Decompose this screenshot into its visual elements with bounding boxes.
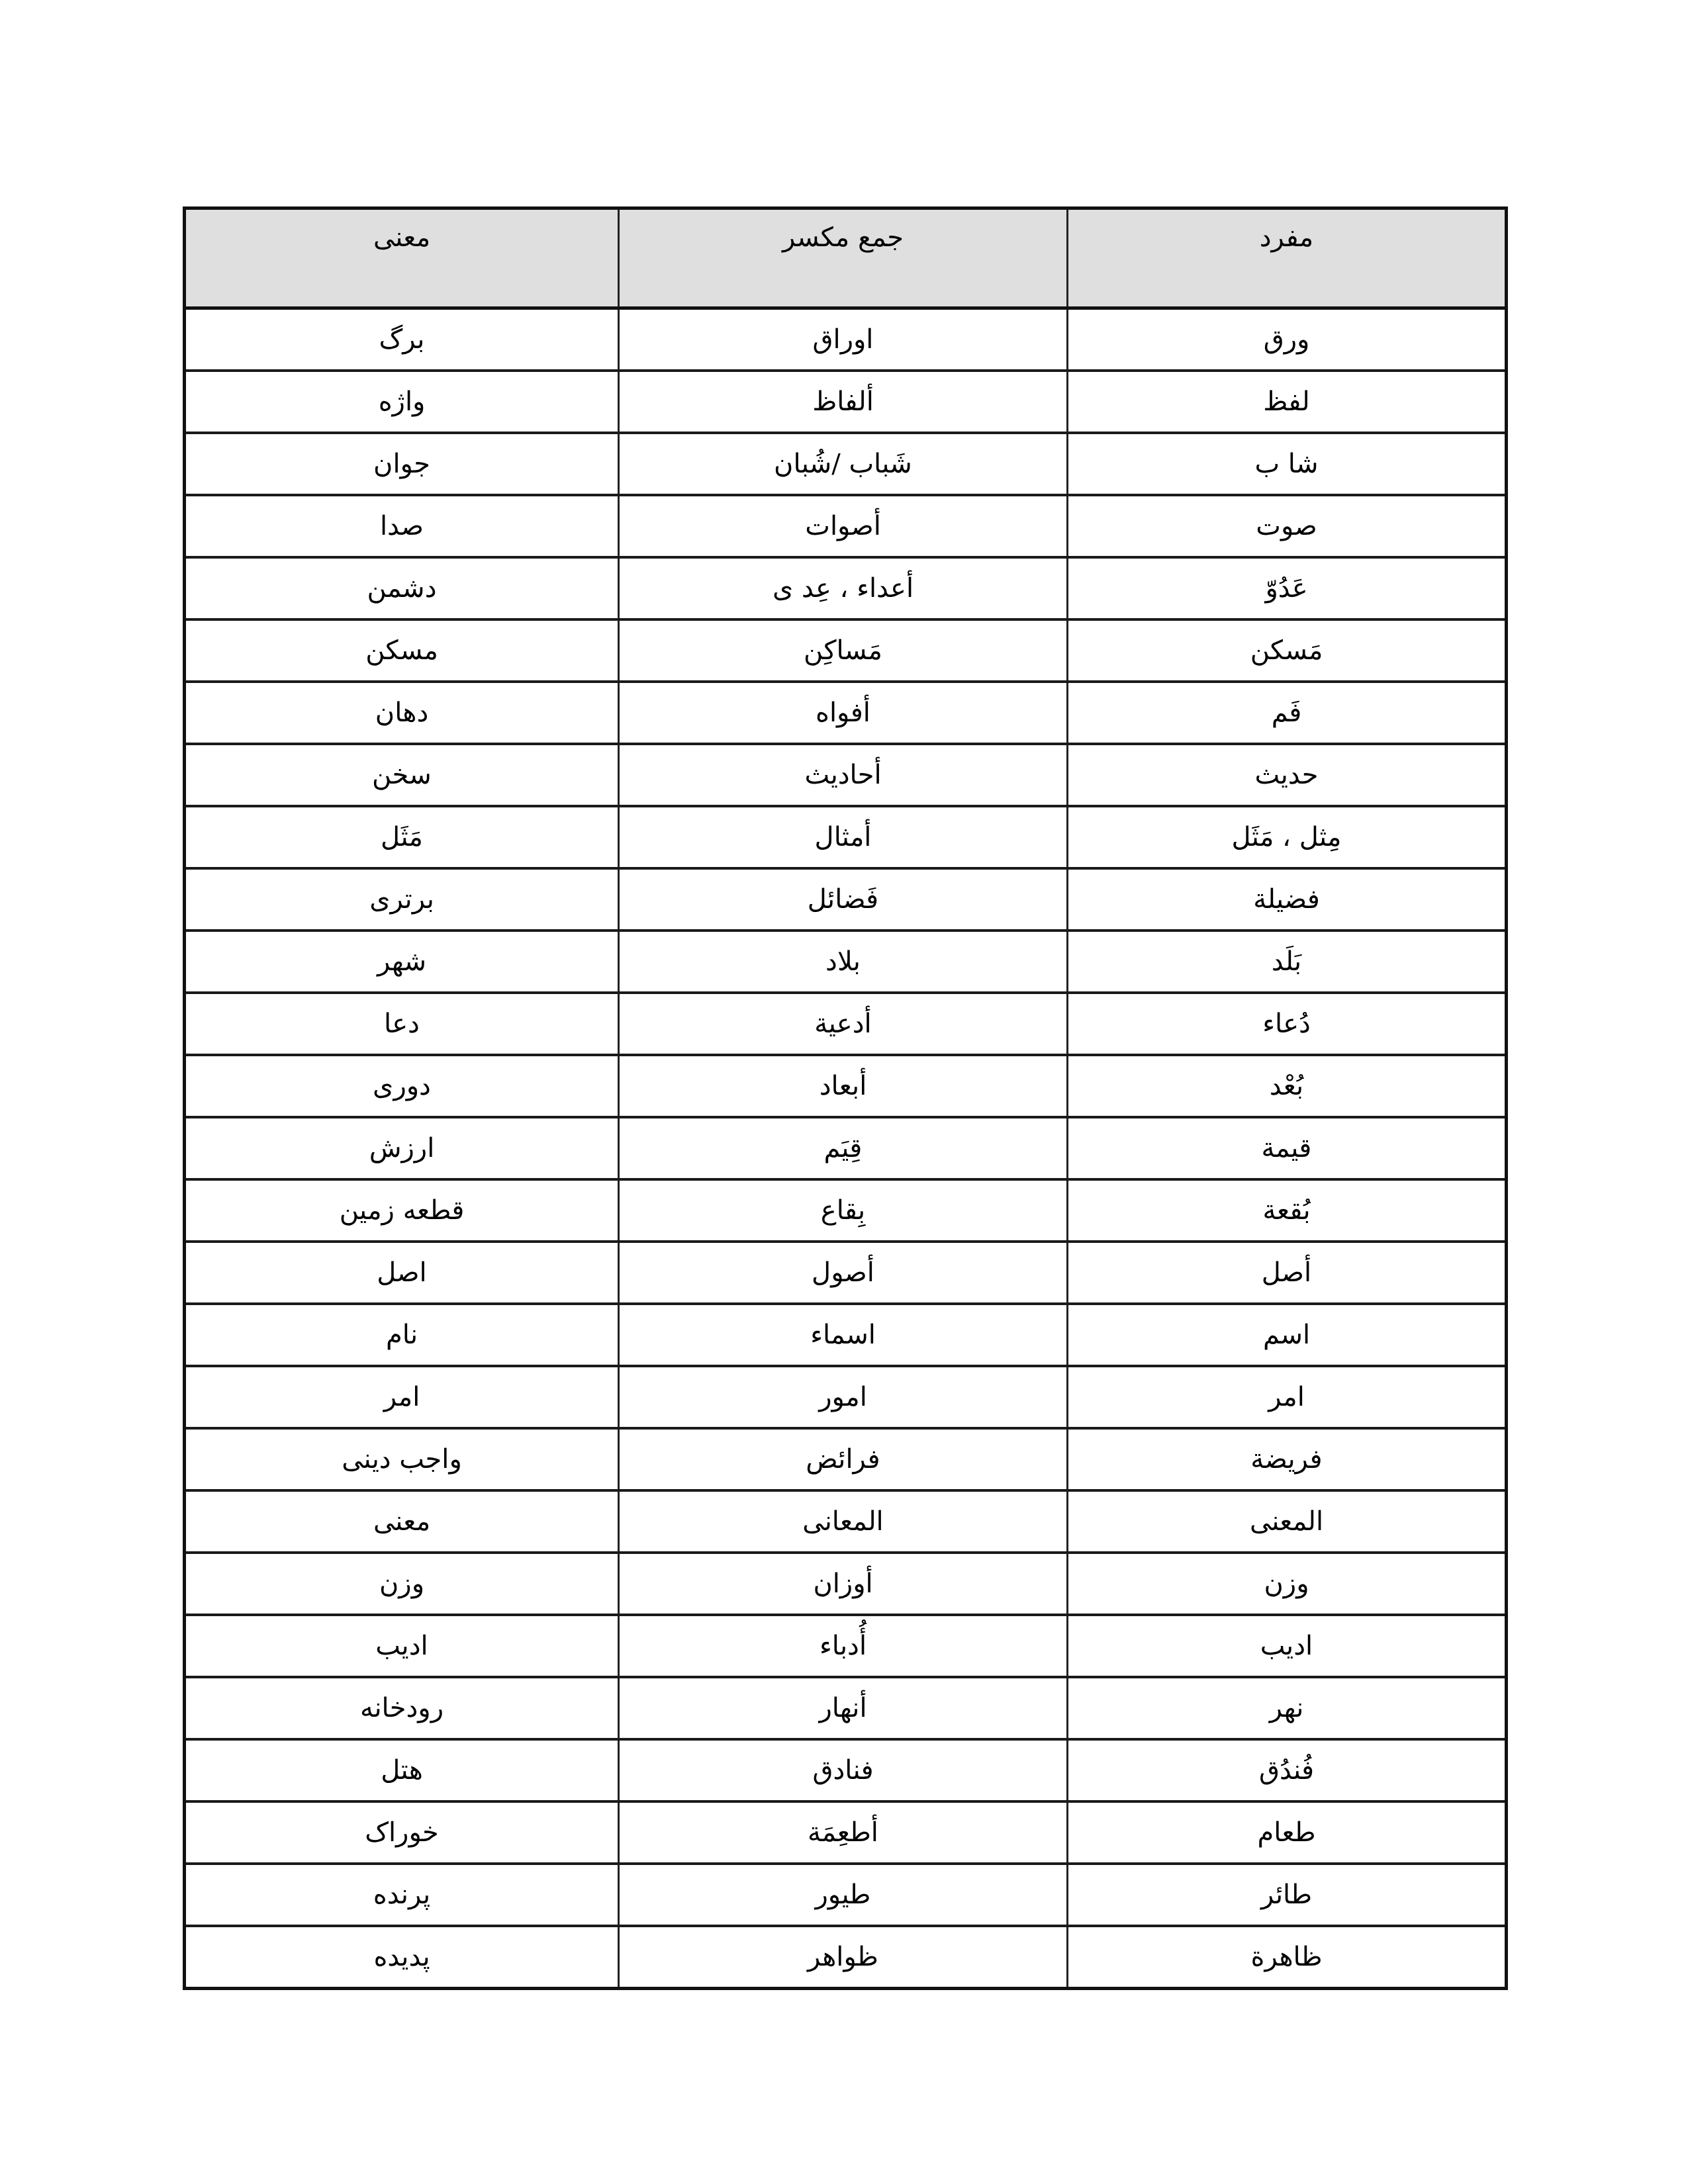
cell-singular: أصل	[1068, 1242, 1507, 1304]
cell-meaning: مَثَل	[185, 806, 619, 868]
cell-broken-plural: أفواه	[619, 682, 1068, 744]
cell-meaning: وزن	[185, 1553, 619, 1615]
cell-singular: بَلَد	[1068, 931, 1507, 993]
cell-singular: طعام	[1068, 1801, 1507, 1864]
cell-meaning: ادیب	[185, 1615, 619, 1677]
cell-broken-plural: ظواهر	[619, 1926, 1068, 1989]
header-row: مفرد جمع مکسر معنی	[185, 208, 1507, 308]
cell-meaning: رودخانه	[185, 1677, 619, 1739]
cell-singular: فَم	[1068, 682, 1507, 744]
cell-meaning: خوراک	[185, 1801, 619, 1864]
table-row: مِثل ، مَثَلأمثالمَثَل	[185, 806, 1507, 868]
cell-meaning: برگ	[185, 308, 619, 371]
cell-broken-plural: أعداء ، عِد ی	[619, 557, 1068, 619]
cell-meaning: برتری	[185, 868, 619, 931]
cell-meaning: جوان	[185, 433, 619, 495]
cell-broken-plural: فنادق	[619, 1739, 1068, 1801]
cell-broken-plural: أدعیة	[619, 993, 1068, 1055]
cell-singular: بُقعة	[1068, 1179, 1507, 1242]
cell-broken-plural: أصوات	[619, 495, 1068, 557]
table-row: طعامأطعِمَةخوراک	[185, 1801, 1507, 1864]
table-row: عَدُوّأعداء ، عِد یدشمن	[185, 557, 1507, 619]
cell-meaning: ارزش	[185, 1117, 619, 1179]
table-row: دُعاءأدعیةدعا	[185, 993, 1507, 1055]
vocabulary-table: مفرد جمع مکسر معنی ورقاوراقبرگلفظألفاظوا…	[183, 206, 1508, 1990]
cell-broken-plural: أوزان	[619, 1553, 1068, 1615]
cell-singular: ظاهرة	[1068, 1926, 1507, 1989]
table-row: اسماسماءنام	[185, 1304, 1507, 1366]
cell-meaning: دشمن	[185, 557, 619, 619]
table-row: امرامورامر	[185, 1366, 1507, 1428]
table-row: فضیلةفَضائلبرتری	[185, 868, 1507, 931]
cell-broken-plural: اسماء	[619, 1304, 1068, 1366]
cell-meaning: هتل	[185, 1739, 619, 1801]
table-row: ورقاوراقبرگ	[185, 308, 1507, 371]
table-row: ادیبأُدباءادیب	[185, 1615, 1507, 1677]
cell-broken-plural: بلاد	[619, 931, 1068, 993]
cell-meaning: مسکن	[185, 619, 619, 682]
cell-broken-plural: المعانی	[619, 1490, 1068, 1553]
cell-meaning: واژه	[185, 371, 619, 433]
table-row: بَلَدبلادشهر	[185, 931, 1507, 993]
table-row: أصلأصولاصل	[185, 1242, 1507, 1304]
cell-meaning: سخن	[185, 744, 619, 806]
table-row: ظاهرةظواهرپدیده	[185, 1926, 1507, 1989]
cell-singular: مِثل ، مَثَل	[1068, 806, 1507, 868]
cell-meaning: نام	[185, 1304, 619, 1366]
cell-meaning: صدا	[185, 495, 619, 557]
cell-singular: لفظ	[1068, 371, 1507, 433]
cell-meaning: دعا	[185, 993, 619, 1055]
cell-singular: فضیلة	[1068, 868, 1507, 931]
table-row: فُندُقفنادقهتل	[185, 1739, 1507, 1801]
table-row: بُقعةبِقاعقطعه زمین	[185, 1179, 1507, 1242]
cell-singular: فُندُق	[1068, 1739, 1507, 1801]
cell-broken-plural: ألفاظ	[619, 371, 1068, 433]
cell-broken-plural: مَساکِن	[619, 619, 1068, 682]
cell-singular: اسم	[1068, 1304, 1507, 1366]
cell-singular: ادیب	[1068, 1615, 1507, 1677]
cell-broken-plural: أحادیث	[619, 744, 1068, 806]
cell-broken-plural: أصول	[619, 1242, 1068, 1304]
cell-singular: مَسکن	[1068, 619, 1507, 682]
cell-broken-plural: امور	[619, 1366, 1068, 1428]
cell-broken-plural: قِیَم	[619, 1117, 1068, 1179]
cell-meaning: معنی	[185, 1490, 619, 1553]
cell-broken-plural: أنهار	[619, 1677, 1068, 1739]
table-row: نهرأنهاررودخانه	[185, 1677, 1507, 1739]
table-header: مفرد جمع مکسر معنی	[185, 208, 1507, 308]
table-row: وزنأوزانوزن	[185, 1553, 1507, 1615]
table-row: فریضةفرائضواجب دینی	[185, 1428, 1507, 1490]
cell-singular: قیمة	[1068, 1117, 1507, 1179]
table-row: قیمةقِیَمارزش	[185, 1117, 1507, 1179]
cell-meaning: پدیده	[185, 1926, 619, 1989]
cell-singular: بُعْد	[1068, 1055, 1507, 1117]
header-broken-plural: جمع مکسر	[619, 208, 1068, 308]
cell-singular: فریضة	[1068, 1428, 1507, 1490]
table-row: فَمأفواهدهان	[185, 682, 1507, 744]
cell-singular: شا ب	[1068, 433, 1507, 495]
table-row: المعنیالمعانیمعنی	[185, 1490, 1507, 1553]
cell-singular: وزن	[1068, 1553, 1507, 1615]
cell-singular: حدیث	[1068, 744, 1507, 806]
cell-singular: نهر	[1068, 1677, 1507, 1739]
header-singular: مفرد	[1068, 208, 1507, 308]
table-body: ورقاوراقبرگلفظألفاظواژهشا بشَباب /شُبانج…	[185, 308, 1507, 1989]
cell-meaning: شهر	[185, 931, 619, 993]
cell-meaning: امر	[185, 1366, 619, 1428]
table-row: شا بشَباب /شُبانجوان	[185, 433, 1507, 495]
cell-meaning: دهان	[185, 682, 619, 744]
cell-broken-plural: أُدباء	[619, 1615, 1068, 1677]
cell-singular: امر	[1068, 1366, 1507, 1428]
table-row: طائرطیورپرنده	[185, 1864, 1507, 1926]
table-row: صوتأصواتصدا	[185, 495, 1507, 557]
cell-broken-plural: اوراق	[619, 308, 1068, 371]
cell-broken-plural: أطعِمَة	[619, 1801, 1068, 1864]
cell-singular: ورق	[1068, 308, 1507, 371]
table-row: لفظألفاظواژه	[185, 371, 1507, 433]
table-row: مَسکنمَساکِنمسکن	[185, 619, 1507, 682]
cell-broken-plural: أمثال	[619, 806, 1068, 868]
cell-singular: عَدُوّ	[1068, 557, 1507, 619]
cell-meaning: قطعه زمین	[185, 1179, 619, 1242]
cell-broken-plural: فرائض	[619, 1428, 1068, 1490]
cell-meaning: پرنده	[185, 1864, 619, 1926]
cell-meaning: اصل	[185, 1242, 619, 1304]
cell-broken-plural: أبعاد	[619, 1055, 1068, 1117]
cell-broken-plural: شَباب /شُبان	[619, 433, 1068, 495]
cell-broken-plural: فَضائل	[619, 868, 1068, 931]
header-meaning: معنی	[185, 208, 619, 308]
cell-singular: المعنی	[1068, 1490, 1507, 1553]
cell-broken-plural: بِقاع	[619, 1179, 1068, 1242]
table-row: بُعْدأبعاددوری	[185, 1055, 1507, 1117]
cell-singular: دُعاء	[1068, 993, 1507, 1055]
cell-singular: صوت	[1068, 495, 1507, 557]
table-row: حدیثأحادیثسخن	[185, 744, 1507, 806]
cell-singular: طائر	[1068, 1864, 1507, 1926]
cell-meaning: واجب دینی	[185, 1428, 619, 1490]
cell-meaning: دوری	[185, 1055, 619, 1117]
cell-broken-plural: طیور	[619, 1864, 1068, 1926]
